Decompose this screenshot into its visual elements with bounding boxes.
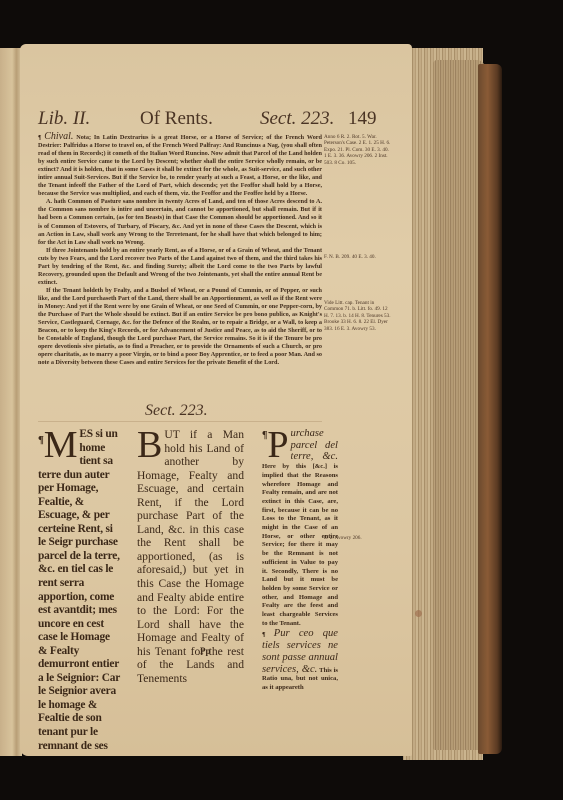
marginal-note: F. N. B. 209. 40 E. 3. 40. (324, 254, 392, 260)
lead-word: Chival. (44, 131, 73, 142)
section-number: Sect. 223. (260, 108, 334, 130)
commentary-paragraph: ¶ Chival. Nota; In Latin Dextrarius is a… (38, 133, 322, 198)
pilcrow-icon: ¶ (262, 631, 274, 638)
dropcap: P (267, 430, 288, 460)
marginal-note: Vide Litt. cap. Tenant in Common 71. b. … (324, 300, 392, 332)
note-heading: urchase parcel del terre, &c. (291, 428, 338, 462)
divider (38, 421, 322, 422)
commentary-paragraph: If three Jointenants hold by an entire y… (38, 247, 322, 287)
section-heading: Sect. 223. (145, 402, 208, 420)
english-column: BUT if a Man hold his Land of another by… (137, 428, 244, 685)
previous-page-edge (0, 48, 22, 756)
commentary-note-column: ¶Purchase parcel del terre, &c. Here by … (262, 428, 338, 693)
chapter-title: Of Rents. (140, 108, 213, 130)
commentary-block: ¶ Chival. Nota; In Latin Dextrarius is a… (38, 133, 322, 367)
book-number: Lib. II. (38, 108, 90, 130)
book-cover-edge (478, 64, 502, 754)
page-number: 149 (348, 108, 377, 130)
dropcap: B (137, 430, 162, 460)
signature-mark: Pp (200, 646, 211, 656)
running-head: Lib. II. Of Rents. Sect. 223. 149 (38, 108, 366, 132)
stain-mark (415, 610, 422, 617)
marginal-note: Anno 6 R. 2. Rot. 5. War. Peterson's Cas… (324, 134, 392, 166)
law-french-column: ¶MES si un home tient sa terre dun auter… (38, 428, 120, 753)
commentary-paragraph: A. hath Common of Pasture sans nombre in… (38, 198, 322, 246)
dropcap: M (44, 430, 78, 460)
commentary-paragraph: If the Tenant holdeth by Fealty, and a B… (38, 287, 322, 367)
